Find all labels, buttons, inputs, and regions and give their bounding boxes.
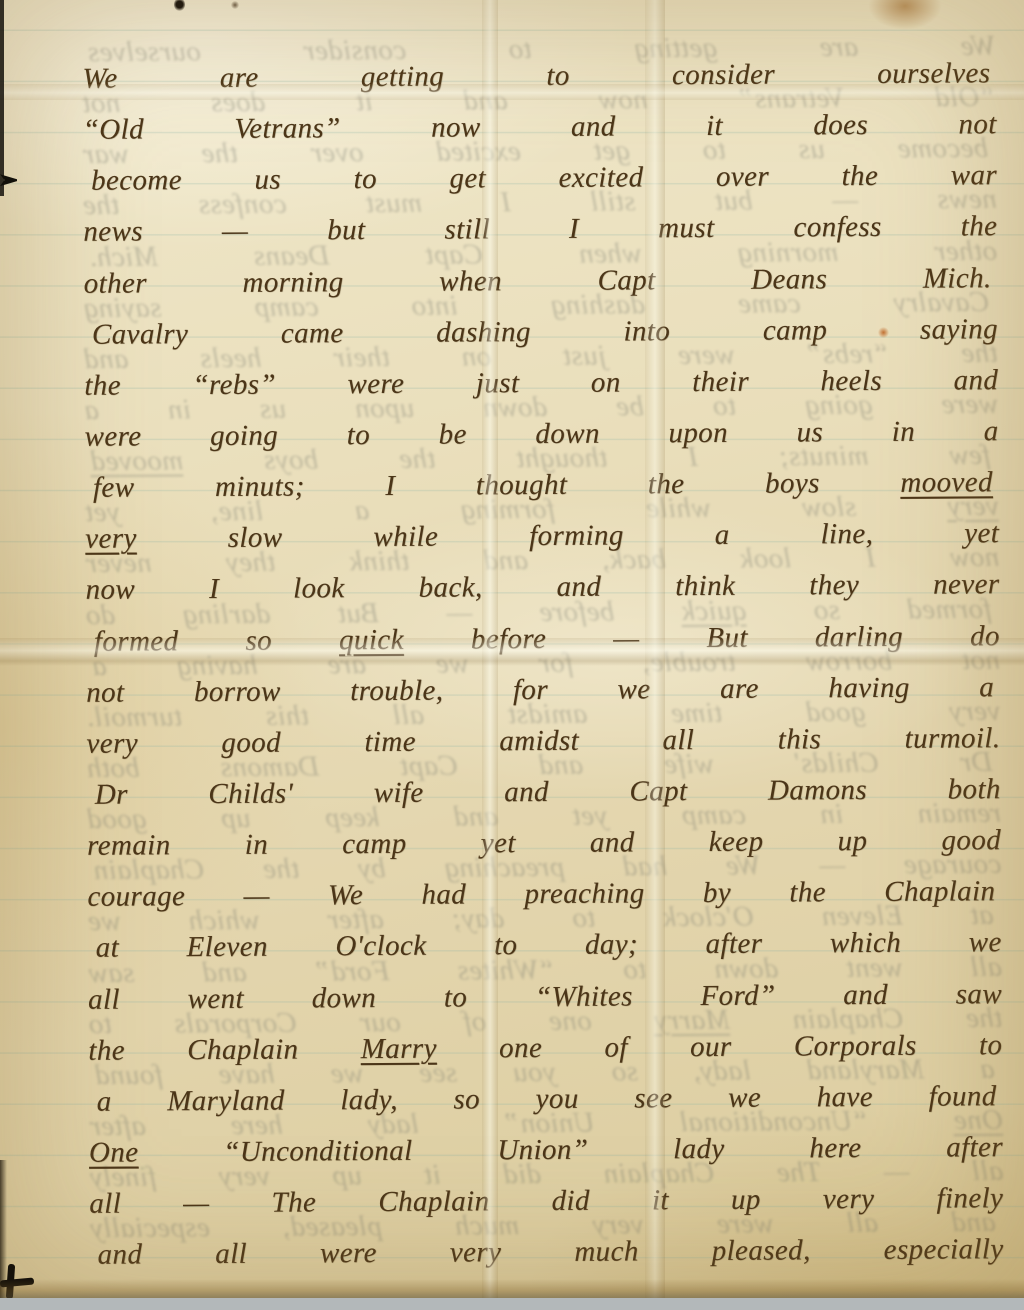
paper: We are getting to consider ourselves“Old… <box>0 0 1024 1298</box>
left-edge-shadow <box>0 0 4 196</box>
letter-scan: We are getting to consider ourselves“Old… <box>0 0 1024 1310</box>
foxing-spot <box>878 327 889 338</box>
paper-bottom-edge <box>0 1279 1024 1298</box>
paper-vignette <box>0 0 1024 1298</box>
ink-speck <box>231 1 239 9</box>
